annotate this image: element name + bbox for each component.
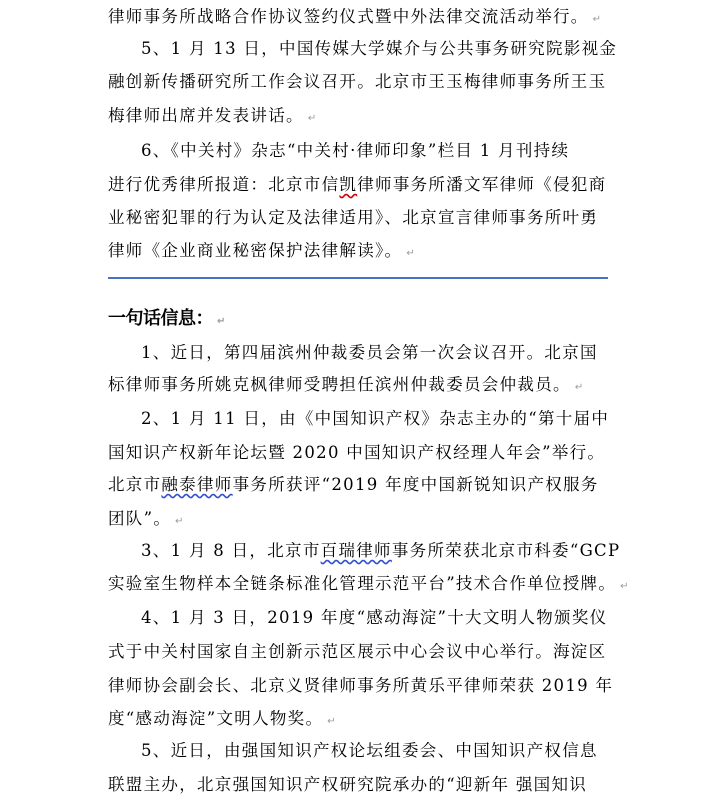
text-line: 度“感动海淀”文明人物奖。↵ — [108, 707, 336, 731]
section-divider — [108, 277, 608, 279]
line-text: 进行优秀律所报道：北京市信 — [108, 175, 339, 194]
text-line: 国知识产权新年论坛暨 2020 中国知识产权经理人年会”举行。 — [108, 441, 605, 465]
line-text: 律师《企业商业秘密保护法律解读》。 — [108, 241, 402, 260]
line-text: 北京市 — [108, 475, 161, 494]
text-line: 3、1 月 8 日，北京市百瑞律师事务所荣获北京市科委“GCP — [141, 539, 620, 563]
text-line: 梅律师出席并发表讲话。↵ — [108, 104, 316, 128]
text-line: 北京市融泰律师事务所获评“2019 年度中国新锐知识产权服务 — [108, 473, 599, 497]
text-line: 2、1 月 11 日，由《中国知识产权》杂志主办的“第十届中 — [141, 407, 609, 431]
line-text: 1、近日，第四届滨州仲裁委员会第一次会议召开。北京国 — [141, 343, 598, 362]
line-text: 式于中关村国家自主创新示范区展示中心会议中心举行。海淀区 — [108, 642, 606, 661]
text-line: 进行优秀律所报道：北京市信凯律师事务所潘文军律师《侵犯商 — [108, 173, 606, 197]
text-line: 律师事务所战略合作协议签约仪式暨中外法律交流活动举行。↵ — [108, 5, 601, 29]
line-text: 5、1 月 13 日，中国传媒大学媒介与公共事务研究院影视金 — [141, 39, 617, 58]
line-text: 融创新传播研究所工作会议召开。北京市王玉梅律师事务所王玉 — [108, 72, 606, 91]
text-line: 律师《企业商业秘密保护法律解读》。↵ — [108, 239, 415, 263]
line-text: 3、1 月 8 日，北京市 — [141, 541, 321, 560]
line-text: 律师协会副会长、北京义贤律师事务所黄乐平律师荣获 2019 年 — [108, 676, 613, 695]
line-text: 2、1 月 11 日，由《中国知识产权》杂志主办的“第十届中 — [141, 409, 609, 428]
paragraph-mark-icon: ↵ — [327, 716, 335, 727]
paragraph-mark-icon: ↵ — [175, 516, 183, 527]
line-text: 律师事务所战略合作协议签约仪式暨中外法律交流活动举行。 — [108, 7, 589, 26]
paragraph-mark-icon: ↵ — [308, 113, 316, 124]
line-text: 事务所获评“2019 年度中国新锐知识产权服务 — [233, 475, 599, 494]
paragraph-mark-icon: ↵ — [406, 248, 414, 259]
text-line: 1、近日，第四届滨州仲裁委员会第一次会议召开。北京国 — [141, 341, 598, 365]
line-text: 6、《中关村》杂志“中关村·律师印象”栏目 1 月刊持续 — [141, 141, 569, 160]
paragraph-mark-icon: ↵ — [593, 14, 601, 25]
line-text: 联盟主办，北京强国知识产权研究院承办的“迎新年 强国知识 — [108, 775, 587, 794]
text-line: 式于中关村国家自主创新示范区展示中心会议中心举行。海淀区 — [108, 640, 606, 664]
text-line: 6、《中关村》杂志“中关村·律师印象”栏目 1 月刊持续 — [141, 139, 569, 163]
line-text: 实验室生物样本全链条标准化管理示范平台”技术合作单位授牌。 — [108, 574, 616, 593]
grammar-flagged-text[interactable]: 融泰律师 — [161, 475, 232, 494]
line-text: 国知识产权新年论坛暨 2020 中国知识产权经理人年会”举行。 — [108, 443, 605, 462]
text-line: 律师协会副会长、北京义贤律师事务所黄乐平律师荣获 2019 年 — [108, 674, 613, 698]
text-line: 融创新传播研究所工作会议召开。北京市王玉梅律师事务所王玉 — [108, 70, 606, 94]
paragraph-mark-icon: ↵ — [575, 382, 583, 393]
line-text: 业秘密犯罪的行为认定及法律适用》、北京宣言律师事务所叶勇 — [108, 208, 598, 227]
line-text: 团队”。 — [108, 509, 171, 528]
text-line: 5、近日，由强国知识产权论坛组委会、中国知识产权信息 — [141, 739, 598, 763]
line-text: 律师事务所潘文军律师《侵犯商 — [357, 175, 606, 194]
line-text: 度“感动海淀”文明人物奖。 — [108, 709, 323, 728]
spelling-flagged-text[interactable]: 凯 — [339, 175, 357, 194]
header-text: 一句话信息： — [108, 308, 213, 329]
line-text: 事务所荣获北京市科委“GCP — [392, 541, 621, 560]
text-line: 5、1 月 13 日，中国传媒大学媒介与公共事务研究院影视金 — [141, 37, 617, 61]
line-text: 梅律师出席并发表讲话。 — [108, 106, 304, 125]
text-line: 实验室生物样本全链条标准化管理示范平台”技术合作单位授牌。↵ — [108, 572, 629, 596]
paragraph-mark-icon: ↵ — [217, 316, 225, 327]
text-line: 标律师事务所姚克枫律师受聘担任滨州仲裁委员会仲裁员。↵ — [108, 373, 583, 397]
text-line: 团队”。↵ — [108, 507, 184, 531]
text-line: 4、1 月 3 日，2019 年度“感动海淀”十大文明人物颁奖仪 — [141, 606, 607, 630]
document-page: 律师事务所战略合作协议签约仪式暨中外法律交流活动举行。↵ 5、1 月 13 日，… — [0, 0, 712, 808]
line-text: 5、近日，由强国知识产权论坛组委会、中国知识产权信息 — [141, 741, 598, 760]
text-line: 业秘密犯罪的行为认定及法律适用》、北京宣言律师事务所叶勇 — [108, 206, 598, 230]
paragraph-mark-icon: ↵ — [620, 581, 628, 592]
line-text: 标律师事务所姚克枫律师受聘担任滨州仲裁委员会仲裁员。 — [108, 375, 571, 394]
text-line: 联盟主办，北京强国知识产权研究院承办的“迎新年 强国知识 — [108, 773, 587, 797]
grammar-flagged-text[interactable]: 百瑞律师 — [321, 541, 392, 560]
section-header: 一句话信息：↵ — [108, 306, 225, 332]
line-text: 4、1 月 3 日，2019 年度“感动海淀”十大文明人物颁奖仪 — [141, 608, 607, 627]
